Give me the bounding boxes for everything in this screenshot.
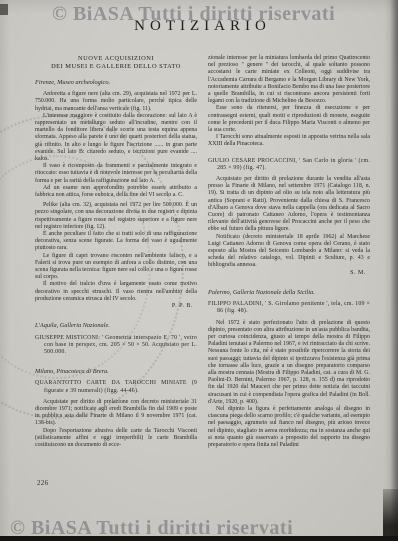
paragraph: Pelike (alta cm. 32), acquistata nel 197… — [35, 202, 197, 231]
paragraph: Acquistato per diritto di prelazione dur… — [208, 176, 370, 234]
acquisition-entry-title: FILIPPO PALADINI, ' S. Girolamo penitent… — [208, 301, 370, 315]
acquisition-entry: GIUSEPPE MISTICONI: ' Geometria interspa… — [35, 335, 197, 357]
paragraph: Le figure di capri trovano riscontro nel… — [35, 253, 197, 282]
page-title: NOTIZIARIO — [35, 18, 370, 35]
paragraph: Nel dipinto la figura è perfettamente an… — [208, 406, 370, 449]
paragraph: Ad un esame non approfondito potrebbe es… — [35, 185, 197, 199]
paragraph: Il motivo del tralcio d'uva è largamente… — [35, 281, 197, 303]
author-initials: P. P. B. — [35, 303, 197, 310]
acquisition-entry-title: QUARANTOTTO CARTE DA TAROCCHI MINIATE (9… — [35, 380, 197, 394]
paragraph: Anforetta a figure nere (alta cm. 29), a… — [35, 91, 197, 113]
section-heading: NUOVE ACQUISIZIONI DEI MUSEI E GALLERIE … — [35, 55, 197, 71]
section-heading-line1: NUOVE ACQUISIZIONI — [35, 55, 197, 63]
paragraph: Dopo l'esportazione abusiva delle carte … — [35, 428, 197, 450]
paragraph: Notificato (decreto ministeriale 18 apri… — [208, 234, 370, 270]
place-heading-palermo: Palermo, Galleria Nazionale della Sicili… — [208, 289, 370, 296]
paragraph: È anche peculiare il fatto che si tratti… — [35, 231, 197, 253]
scanned-journal-page: © BiASA Tutti i diritti riservati NOTIZI… — [0, 0, 398, 541]
place-heading-aquila: L'Aquila, Galleria Nazionale. — [35, 322, 197, 329]
scan-corner-mark — [0, 4, 8, 15]
paragraph: Acquistate per diritto di prelazione con… — [35, 399, 197, 428]
paragraph-continuation: zionale interesse per la miniatura lomba… — [208, 55, 370, 105]
scan-edge-bottom — [0, 536, 398, 541]
paragraph: Il vaso è ricomposto da frammenti e parz… — [35, 163, 197, 185]
right-column: zionale interesse per la miniatura lomba… — [208, 55, 370, 449]
place-heading-firenze: Firenze, Museo archeologico. — [35, 79, 197, 86]
paragraph: L'interesse maggiore è costituito dalla … — [35, 113, 197, 163]
acquisition-entry-title: GIULIO CESARE PROCACCINI, ' San Carlo in… — [208, 158, 370, 172]
place-heading-milano: Milano, Pinacoteca di Brera. — [35, 368, 197, 375]
scan-edge-corner — [383, 489, 398, 541]
page-number: 226 — [37, 480, 49, 487]
author-initials: S. M. — [208, 270, 370, 277]
scan-edge-right — [390, 0, 398, 541]
left-column: NUOVE ACQUISIZIONI DEI MUSEI E GALLERIE … — [35, 55, 197, 449]
paragraph: Esse sono da ritenersi, per finezza di e… — [208, 105, 370, 134]
paragraph: I Tarocchi sono attualmente esposti in a… — [208, 134, 370, 148]
text-columns: NUOVE ACQUISIZIONI DEI MUSEI E GALLERIE … — [35, 55, 371, 449]
paragraph: Nel 1972 è stato perfezionato l'atto di … — [208, 320, 370, 406]
section-heading-line2: DEI MUSEI E GALLERIE DELLO STATO — [35, 63, 197, 71]
